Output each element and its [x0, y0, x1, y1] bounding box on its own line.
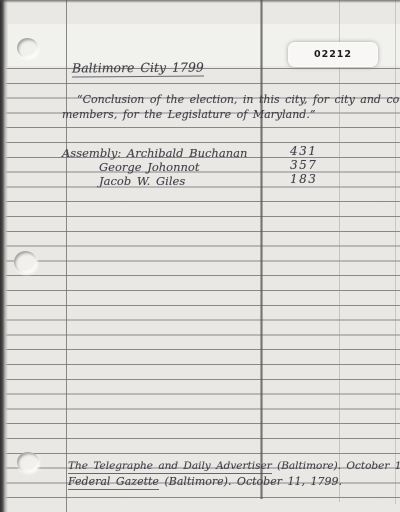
- faint-crease-line: [339, 0, 340, 502]
- scan-edge-left: [0, 0, 8, 512]
- scan-edge-top: [0, 0, 400, 3]
- source-detail-1: (Baltimore). October 11, 1799: [277, 460, 400, 472]
- source-citation-2: Federal Gazette (Baltimore). October 11,…: [68, 475, 342, 488]
- fold-crease-line: [260, 0, 263, 499]
- vote-count-2: 357: [290, 158, 317, 172]
- sticker-number: 02212: [314, 49, 352, 60]
- id-sticker: 02212: [288, 42, 378, 67]
- quote-line-2: members, for the Legislature of Maryland…: [62, 108, 315, 121]
- source-publication-1: The Telegraphe and Daily Advertiser: [68, 460, 272, 474]
- vote-count-1: 431: [290, 144, 317, 158]
- office-label: Assembly:: [62, 146, 121, 160]
- source-citation-1: The Telegraphe and Daily Advertiser (Bal…: [68, 460, 400, 472]
- card-title: Baltimore City 1799: [72, 60, 204, 76]
- source-detail-2: (Baltimore). October 11, 1799.: [164, 475, 342, 488]
- quote-line-1: “Conclusion of the election, in this cit…: [77, 93, 400, 106]
- left-margin-line: [66, 0, 67, 512]
- punch-hole-middle: [14, 251, 37, 273]
- candidate-name-2: George Johonnot: [99, 160, 199, 174]
- punch-hole-top: [17, 38, 38, 58]
- vote-count-3: 183: [290, 172, 317, 186]
- candidate-name-3: Jacob W. Giles: [99, 174, 185, 188]
- candidate-name-1: Archibald Buchanan: [127, 146, 247, 160]
- result-row-2: George Johonnot: [99, 160, 199, 174]
- result-row-3: Jacob W. Giles: [99, 174, 185, 188]
- ruled-lines: [0, 68, 400, 498]
- punch-hole-bottom: [17, 452, 39, 472]
- page-edge-line: [395, 0, 396, 504]
- source-publication-2: Federal Gazette: [68, 475, 159, 490]
- card-title-text: Baltimore City 1799: [72, 60, 204, 78]
- result-row-1: Assembly: Archibald Buchanan: [62, 146, 247, 160]
